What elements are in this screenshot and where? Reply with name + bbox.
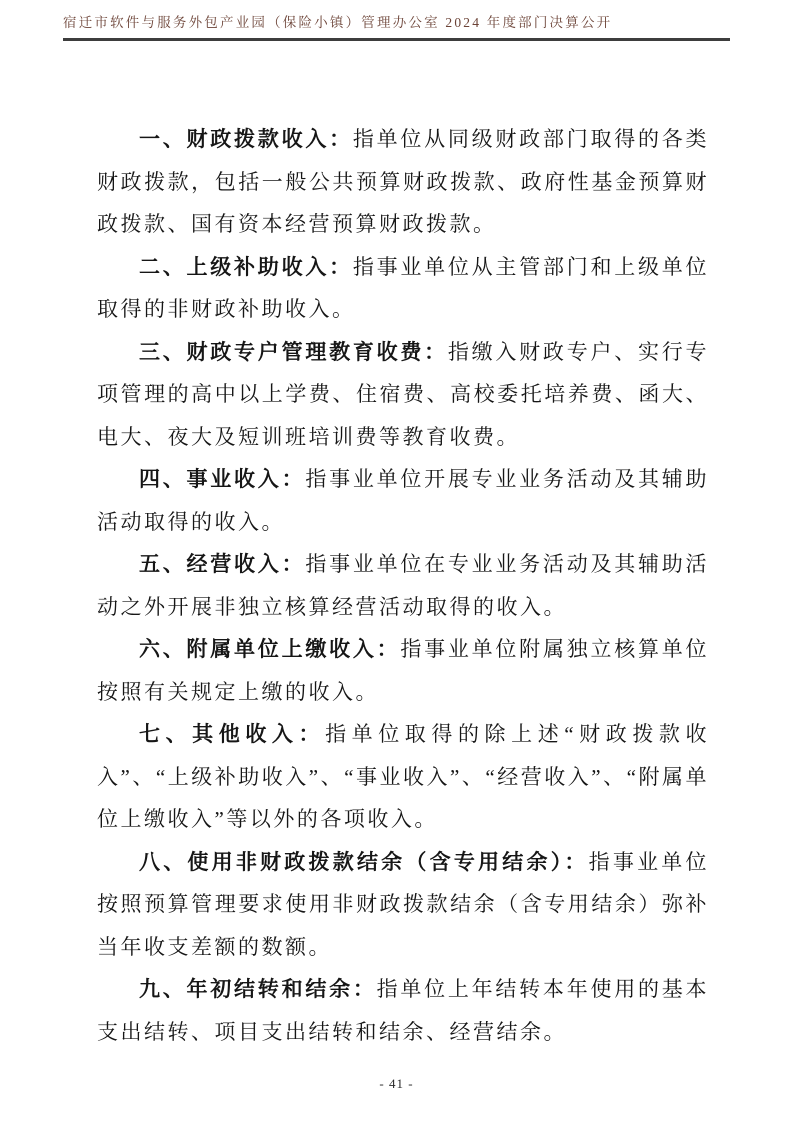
page-number: - 41 - (379, 1076, 413, 1091)
paragraph-lead: 九、年初结转和结余： (139, 977, 377, 1001)
paragraph-lead: 一、财政拨款收入： (139, 127, 353, 151)
document-page: 宿迁市软件与服务外包产业园（保险小镇）管理办公室 2024 年度部门决算公开 一… (0, 0, 793, 1122)
header-title: 宿迁市软件与服务外包产业园（保险小镇）管理办公室 2024 年度部门决算公开 (63, 12, 730, 34)
paragraph-lead: 六、附属单位上缴收入： (139, 637, 400, 661)
page-header: 宿迁市软件与服务外包产业园（保险小镇）管理办公室 2024 年度部门决算公开 (63, 12, 730, 41)
definition-paragraph: 七、其他收入：指单位取得的除上述“财政拨款收入”、“上级补助收入”、“事业收入”… (97, 713, 709, 841)
page-footer: - 41 - (0, 1076, 793, 1092)
definition-paragraph: 六、附属单位上缴收入：指事业单位附属独立核算单位按照有关规定上缴的收入。 (97, 628, 709, 713)
definition-paragraph: 九、年初结转和结余：指单位上年结转本年使用的基本支出结转、项目支出结转和结余、经… (97, 968, 709, 1053)
definition-paragraph: 三、财政专户管理教育收费：指缴入财政专户、实行专项管理的高中以上学费、住宿费、高… (97, 331, 709, 459)
paragraph-lead: 七、其他收入： (139, 722, 325, 746)
definition-paragraph: 五、经营收入：指事业单位在专业业务活动及其辅助活动之外开展非独立核算经营活动取得… (97, 543, 709, 628)
paragraph-lead: 五、经营收入： (139, 552, 305, 576)
document-body: 一、财政拨款收入：指单位从同级财政部门取得的各类财政拨款，包括一般公共预算财政拨… (97, 118, 709, 1053)
paragraph-lead: 四、事业收入： (139, 467, 305, 491)
paragraph-lead: 二、上级补助收入： (139, 255, 353, 279)
definition-paragraph: 四、事业收入：指事业单位开展专业业务活动及其辅助活动取得的收入。 (97, 458, 709, 543)
definition-paragraph: 一、财政拨款收入：指单位从同级财政部门取得的各类财政拨款，包括一般公共预算财政拨… (97, 118, 709, 246)
definition-paragraph: 八、使用非财政拨款结余（含专用结余）：指事业单位按照预算管理要求使用非财政拨款结… (97, 841, 709, 969)
paragraph-lead: 八、使用非财政拨款结余（含专用结余）： (139, 850, 589, 874)
paragraph-lead: 三、财政专户管理教育收费： (139, 340, 448, 364)
definition-paragraph: 二、上级补助收入：指事业单位从主管部门和上级单位取得的非财政补助收入。 (97, 246, 709, 331)
header-rule (63, 38, 730, 41)
